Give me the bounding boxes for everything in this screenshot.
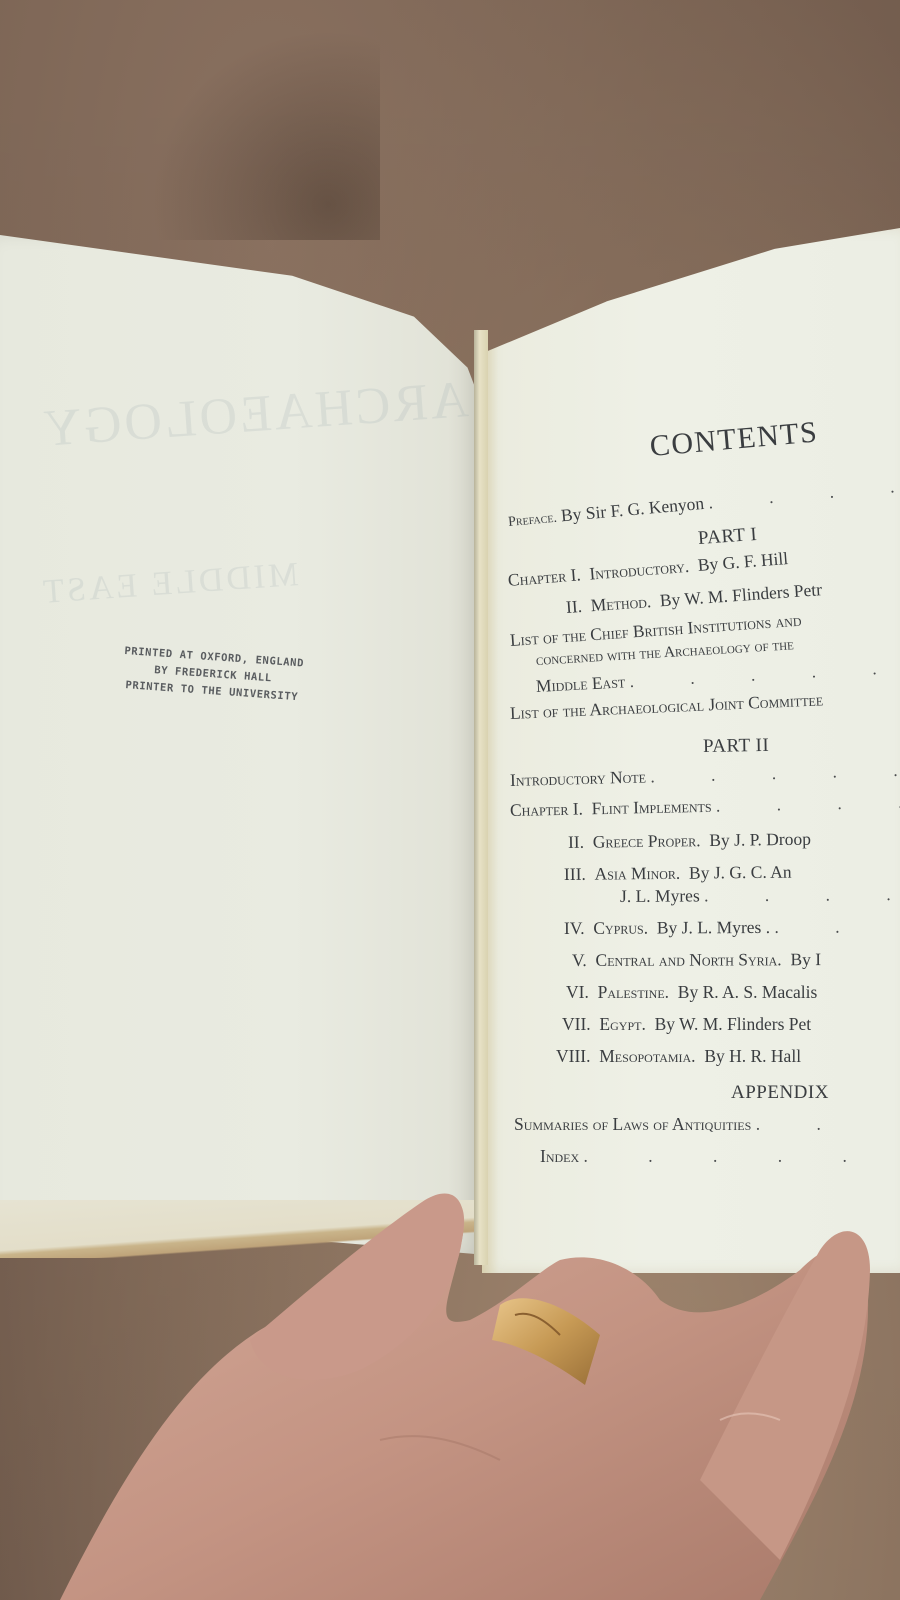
- toc-entry: Chapter I. Flint Implements . . . .: [510, 791, 900, 821]
- chapter-number: II.: [568, 832, 584, 852]
- toc-entry-continued: J. L. Myres . . . . .: [620, 884, 900, 907]
- toc-entry: III. Asia Minor. By J. G. C. An: [564, 862, 792, 885]
- dot-leader: . . . . .: [650, 759, 900, 786]
- chapter-author: By H. R. Hall: [704, 1046, 801, 1066]
- chapter-number: VII.: [562, 1014, 591, 1034]
- chapter-number: IV.: [564, 918, 585, 938]
- chapter-author: By W. M. Flinders Petr: [659, 579, 822, 610]
- toc-entry: VIII. Mesopotamia. By H. R. Hall: [556, 1046, 801, 1067]
- entry-label: Introductory Note: [510, 766, 646, 790]
- entry-label: Middle East: [535, 671, 625, 696]
- chapter-number: II.: [565, 596, 582, 617]
- chapter-title: Palestine.: [598, 982, 669, 1002]
- toc-entry: V. Central and North Syria. By I: [572, 949, 821, 971]
- entry-label: Preface.: [508, 511, 558, 530]
- toc-entry: IV. Cyprus. By J. L. Myres . . .: [564, 916, 866, 939]
- toc-entry: II. Greece Proper. By J. P. Droop: [568, 829, 811, 853]
- chapter-author: J. L. Myres: [620, 885, 700, 906]
- chapter-author: By R. A. S. Macalis: [678, 982, 818, 1002]
- chapter-title: Central and North Syria.: [595, 949, 781, 970]
- dot-leader: . . . .: [707, 474, 900, 512]
- chapter-number: V.: [572, 950, 587, 970]
- chapter-author: By W. M. Flinders Pet: [655, 1014, 812, 1034]
- chapter-number: VI.: [566, 982, 589, 1002]
- dot-leader: . . . . . . . .: [584, 1146, 900, 1166]
- chapter-number: Chapter I.: [507, 564, 581, 590]
- chapter-title: Egypt.: [599, 1014, 645, 1034]
- part-heading: PART I: [697, 524, 758, 550]
- chapter-title: Greece Proper.: [593, 830, 701, 852]
- chapter-author: By I: [790, 949, 821, 969]
- chapter-title: Flint Implements: [591, 796, 711, 819]
- toc-entry: Summaries of Laws of Antiquities . .: [514, 1114, 847, 1135]
- dot-leader: . .: [756, 1114, 847, 1134]
- dot-leader: . . . .: [716, 791, 900, 815]
- chapter-title: Cyprus.: [593, 918, 648, 938]
- appendix-heading: APPENDIX: [731, 1082, 829, 1104]
- dot-leader: . .: [774, 916, 865, 936]
- part-heading: PART II: [703, 735, 770, 758]
- chapter-title: Asia Minor.: [594, 863, 680, 884]
- contents-title: CONTENTS: [649, 415, 820, 464]
- chapter-author: By J. G. C. An: [689, 862, 792, 883]
- toc-entry: Index . . . . . . . .: [540, 1146, 900, 1167]
- chapter-number: III.: [564, 864, 586, 884]
- hand-holding-book: [0, 1180, 900, 1600]
- toc-entry-preface: Preface. By Sir F. G. Kenyon . . . .: [507, 474, 900, 531]
- chapter-author: By G. F. Hill: [697, 548, 789, 575]
- toc-entry: VI. Palestine. By R. A. S. Macalis: [566, 982, 817, 1003]
- chapter-title: Introductory.: [589, 556, 690, 584]
- chapter-author: By J. L. Myres .: [657, 917, 770, 938]
- entry-author: By Sir F. G. Kenyon: [560, 493, 705, 525]
- chapter-number: VIII.: [556, 1046, 591, 1066]
- dot-leader: . . . . .: [704, 884, 900, 906]
- chapter-title: Method.: [590, 591, 652, 615]
- chapter-title: Mesopotamia.: [599, 1046, 695, 1066]
- entry-label: Summaries of Laws of Antiquities: [514, 1114, 751, 1134]
- chapter-author: By J. P. Droop: [709, 829, 811, 850]
- entry-label: Index: [540, 1146, 579, 1166]
- toc-entry: Introductory Note . . . . .: [510, 759, 900, 791]
- toc-entry: VII. Egypt. By W. M. Flinders Pet: [562, 1014, 811, 1035]
- chapter-number: Chapter I.: [510, 798, 583, 820]
